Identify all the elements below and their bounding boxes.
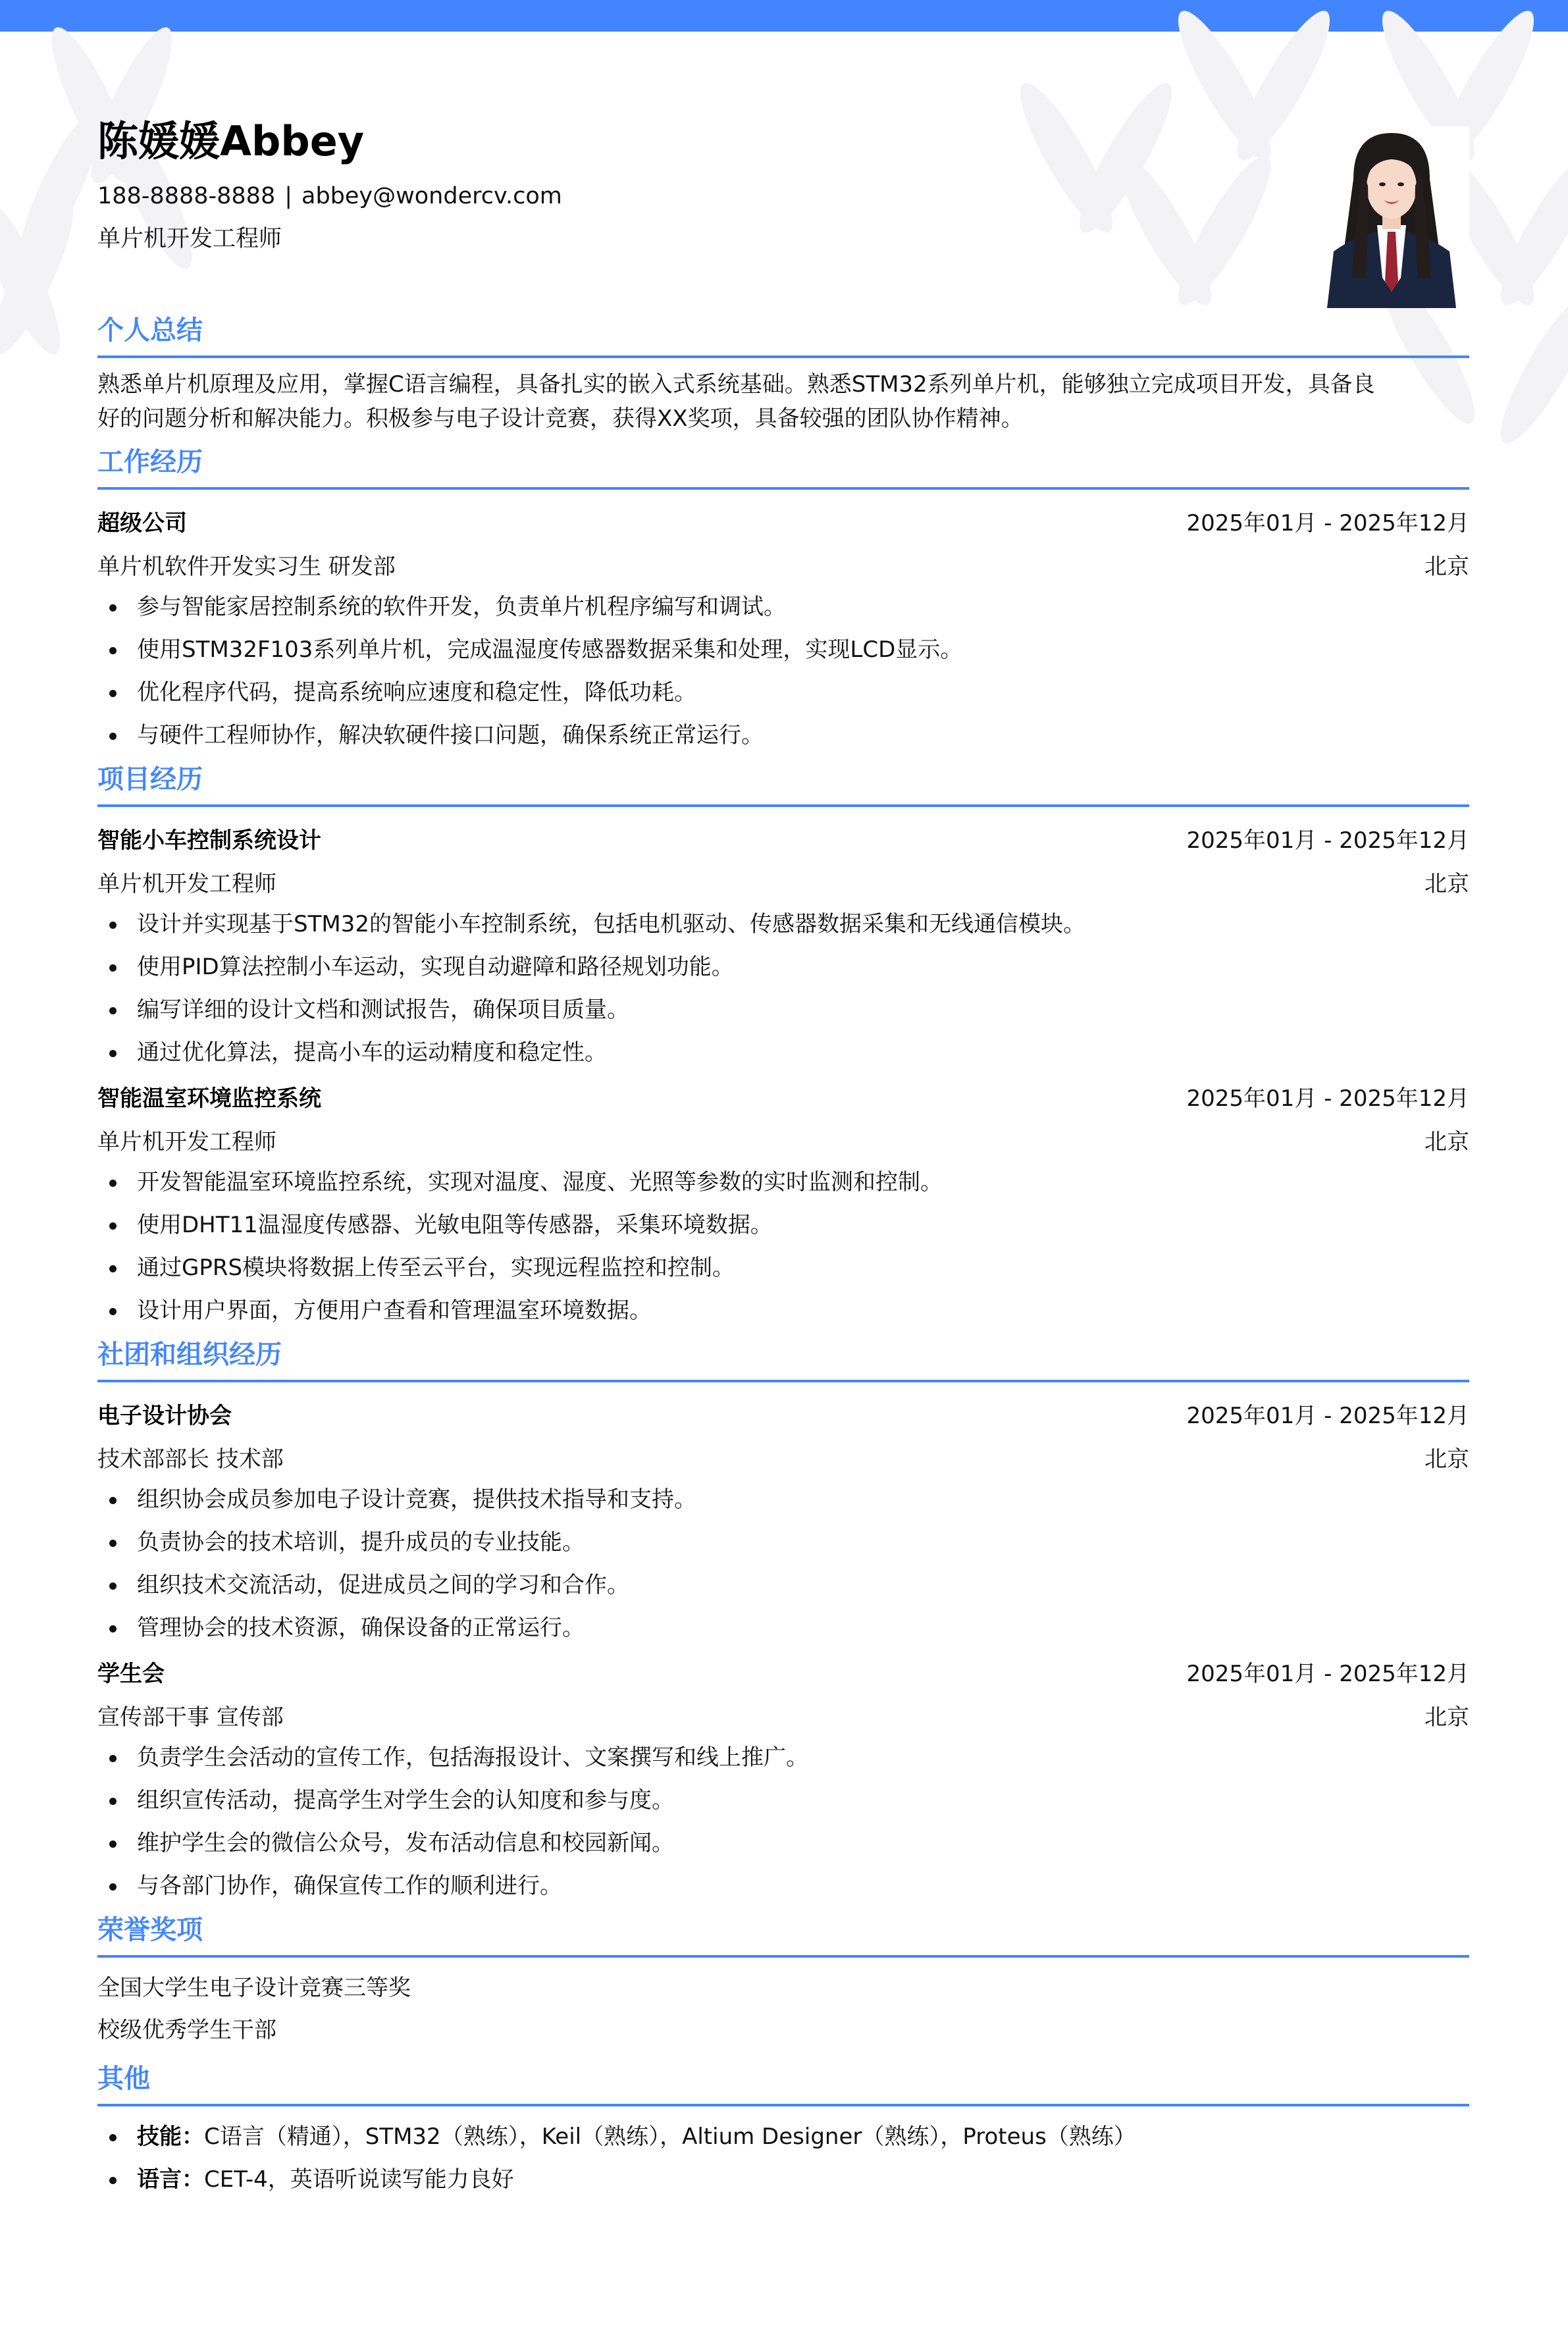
entry-date-range: 2025年01月 - 2025年12月	[1187, 1397, 1469, 1430]
list-item: 与各部门协作，确保宣传工作的顺利进行。	[97, 1865, 1469, 1908]
entry-bullet-list: 设计并实现基于STM32的智能小车控制系统，包括电机驱动、传感器数据采集和无线通…	[97, 903, 1469, 1074]
summary-line: 熟悉单片机原理及应用，掌握C语言编程，具备扎实的嵌入式系统基础。熟悉STM32系…	[97, 367, 1469, 402]
entry-bullet-list: 组织协会成员参加电子设计竞赛，提供技术指导和支持。 负责协会的技术培训，提升成员…	[97, 1478, 1469, 1650]
section-title-work: 工作经历	[97, 441, 1469, 482]
entry-role: 单片机开发工程师	[97, 866, 276, 898]
summary-text: 熟悉单片机原理及应用，掌握C语言编程，具备扎实的嵌入式系统基础。熟悉STM32系…	[97, 367, 1469, 436]
entry-location: 北京	[1424, 866, 1469, 898]
phone-number: 188-8888-8888	[97, 183, 275, 209]
list-item: 组织协会成员参加电子设计竞赛，提供技术指导和支持。	[97, 1478, 1469, 1521]
entry-date-range: 2025年01月 - 2025年12月	[1187, 505, 1469, 537]
entry-date-range: 2025年01月 - 2025年12月	[1187, 1080, 1469, 1112]
candidate-name: 陈媛媛Abbey	[97, 109, 364, 167]
job-title: 单片机开发工程师	[97, 221, 282, 253]
section-divider	[97, 487, 1469, 490]
languages-label: 语言：	[137, 2166, 204, 2193]
section-summary: 个人总结 熟悉单片机原理及应用，掌握C语言编程，具备扎实的嵌入式系统基础。熟悉S…	[97, 309, 1469, 436]
entry-organization: 智能温室环境监控系统	[97, 1080, 321, 1112]
entry-subheader-row: 单片机软件开发实习生 研发部 北京	[97, 542, 1469, 586]
work-entry: 超级公司 2025年01月 - 2025年12月 单片机软件开发实习生 研发部 …	[97, 499, 1469, 757]
entry-organization: 电子设计协会	[97, 1397, 232, 1430]
resume-page: 陈媛媛Abbey 188-8888-8888|abbey@wondercv.co…	[0, 0, 1568, 2350]
list-item: 与硬件工程师协作，解决软硬件接口问题，确保系统正常运行。	[97, 714, 1469, 757]
entry-role: 单片机软件开发实习生 研发部	[97, 548, 396, 581]
club-entry: 学生会 2025年01月 - 2025年12月 宣传部干事 宣传部 北京 负责学…	[97, 1650, 1469, 1908]
section-divider	[97, 355, 1469, 358]
section-title-honors: 荣誉奖项	[97, 1909, 1469, 1950]
entry-header-row: 超级公司 2025年01月 - 2025年12月	[97, 499, 1469, 542]
portrait-icon	[1314, 126, 1469, 308]
other-bullet-list: 技能：C语言（精通），STM32（熟练），Keil（熟练），Altium Des…	[97, 2116, 1469, 2201]
list-item: 使用STM32F103系列单片机，完成温湿度传感器数据采集和处理，实现LCD显示…	[97, 629, 1469, 671]
contact-separator: |	[284, 183, 292, 209]
section-divider	[97, 2104, 1469, 2106]
list-item: 组织技术交流活动，促进成员之间的学习和合作。	[97, 1564, 1469, 1607]
section-title-projects: 项目经历	[97, 758, 1469, 799]
section-clubs: 社团和组织经历 电子设计协会 2025年01月 - 2025年12月 技术部部长…	[97, 1334, 1469, 1908]
honor-item: 校级优秀学生干部	[97, 2009, 1469, 2051]
section-divider	[97, 804, 1469, 807]
section-title-summary: 个人总结	[97, 309, 1469, 350]
club-entry: 电子设计协会 2025年01月 - 2025年12月 技术部部长 技术部 北京 …	[97, 1392, 1469, 1650]
entry-subheader-row: 技术部部长 技术部 北京	[97, 1435, 1469, 1478]
list-item: 优化程序代码，提高系统响应速度和稳定性，降低功耗。	[97, 671, 1469, 714]
entry-date-range: 2025年01月 - 2025年12月	[1187, 1656, 1469, 1688]
skills-item: 技能：C语言（精通），STM32（熟练），Keil（熟练），Altium Des…	[97, 2116, 1469, 2158]
list-item: 通过优化算法，提高小车的运动精度和稳定性。	[97, 1031, 1469, 1074]
list-item: 使用PID算法控制小车运动，实现自动避障和路径规划功能。	[97, 946, 1469, 989]
entry-bullet-list: 开发智能温室环境监控系统，实现对温度、湿度、光照等参数的实时监测和控制。 使用D…	[97, 1161, 1469, 1332]
section-honors: 荣誉奖项 全国大学生电子设计竞赛三等奖 校级优秀学生干部	[97, 1909, 1469, 2051]
section-other: 其他 技能：C语言（精通），STM32（熟练），Keil（熟练），Altium …	[97, 2058, 1469, 2201]
entry-location: 北京	[1424, 1699, 1469, 1731]
list-item: 负责学生会活动的宣传工作，包括海报设计、文案撰写和线上推广。	[97, 1736, 1469, 1779]
list-item: 管理协会的技术资源，确保设备的正常运行。	[97, 1607, 1469, 1650]
languages-value: CET-4，英语听说读写能力良好	[204, 2166, 514, 2193]
entry-bullet-list: 参与智能家居控制系统的软件开发，负责单片机程序编写和调试。 使用STM32F10…	[97, 586, 1469, 757]
languages-item: 语言：CET-4，英语听说读写能力良好	[97, 2158, 1469, 2201]
skills-value: C语言（精通），STM32（熟练），Keil（熟练），Altium Design…	[204, 2124, 1136, 2150]
section-work: 工作经历 超级公司 2025年01月 - 2025年12月 单片机软件开发实习生…	[97, 441, 1469, 757]
entry-role: 技术部部长 技术部	[97, 1441, 284, 1473]
project-entry: 智能小车控制系统设计 2025年01月 - 2025年12月 单片机开发工程师 …	[97, 816, 1469, 1074]
list-item: 参与智能家居控制系统的软件开发，负责单片机程序编写和调试。	[97, 586, 1469, 629]
list-item: 开发智能温室环境监控系统，实现对温度、湿度、光照等参数的实时监测和控制。	[97, 1161, 1469, 1204]
entry-header-row: 电子设计协会 2025年01月 - 2025年12月	[97, 1392, 1469, 1435]
section-title-clubs: 社团和组织经历	[97, 1334, 1469, 1374]
resume-header: 陈媛媛Abbey 188-8888-8888|abbey@wondercv.co…	[97, 0, 1469, 309]
entry-subheader-row: 单片机开发工程师 北京	[97, 1118, 1469, 1161]
list-item: 设计并实现基于STM32的智能小车控制系统，包括电机驱动、传感器数据采集和无线通…	[97, 903, 1469, 946]
avatar-photo	[1314, 126, 1469, 308]
section-projects: 项目经历 智能小车控制系统设计 2025年01月 - 2025年12月 单片机开…	[97, 758, 1469, 1332]
entry-organization: 超级公司	[97, 505, 187, 537]
entry-role: 宣传部干事 宣传部	[97, 1699, 284, 1731]
list-item: 组织宣传活动，提高学生对学生会的认知度和参与度。	[97, 1779, 1469, 1822]
entry-location: 北京	[1424, 1124, 1469, 1156]
summary-line: 好的问题分析和解决能力。积极参与电子设计竞赛，获得XX奖项，具备较强的团队协作精…	[97, 402, 1469, 436]
section-title-other: 其他	[97, 2058, 1469, 2099]
honor-item: 全国大学生电子设计竞赛三等奖	[97, 1967, 1469, 2009]
list-item: 负责协会的技术培训，提升成员的专业技能。	[97, 1521, 1469, 1564]
entry-header-row: 智能小车控制系统设计 2025年01月 - 2025年12月	[97, 816, 1469, 860]
entry-subheader-row: 单片机开发工程师 北京	[97, 860, 1469, 903]
entry-date-range: 2025年01月 - 2025年12月	[1187, 822, 1469, 854]
entry-organization: 学生会	[97, 1656, 165, 1688]
entry-location: 北京	[1424, 548, 1469, 581]
list-item: 使用DHT11温湿度传感器、光敏电阻等传感器，采集环境数据。	[97, 1204, 1469, 1247]
entry-bullet-list: 负责学生会活动的宣传工作，包括海报设计、文案撰写和线上推广。 组织宣传活动，提高…	[97, 1736, 1469, 1908]
entry-header-row: 学生会 2025年01月 - 2025年12月	[97, 1650, 1469, 1693]
skills-label: 技能：	[137, 2124, 204, 2150]
entry-subheader-row: 宣传部干事 宣传部 北京	[97, 1693, 1469, 1736]
section-divider	[97, 1380, 1469, 1382]
list-item: 通过GPRS模块将数据上传至云平台，实现远程监控和控制。	[97, 1247, 1469, 1290]
entry-location: 北京	[1424, 1441, 1469, 1473]
entry-organization: 智能小车控制系统设计	[97, 822, 321, 854]
list-item: 设计用户界面，方便用户查看和管理温室环境数据。	[97, 1290, 1469, 1332]
resume-content: 陈媛媛Abbey 188-8888-8888|abbey@wondercv.co…	[97, 0, 1469, 2201]
contact-line: 188-8888-8888|abbey@wondercv.com	[97, 183, 562, 209]
project-entry: 智能温室环境监控系统 2025年01月 - 2025年12月 单片机开发工程师 …	[97, 1074, 1469, 1332]
list-item: 维护学生会的微信公众号，发布活动信息和校园新闻。	[97, 1822, 1469, 1865]
email-address: abbey@wondercv.com	[301, 183, 562, 209]
section-divider	[97, 1955, 1469, 1958]
entry-role: 单片机开发工程师	[97, 1124, 276, 1156]
entry-header-row: 智能温室环境监控系统 2025年01月 - 2025年12月	[97, 1074, 1469, 1118]
list-item: 编写详细的设计文档和测试报告，确保项目质量。	[97, 989, 1469, 1031]
